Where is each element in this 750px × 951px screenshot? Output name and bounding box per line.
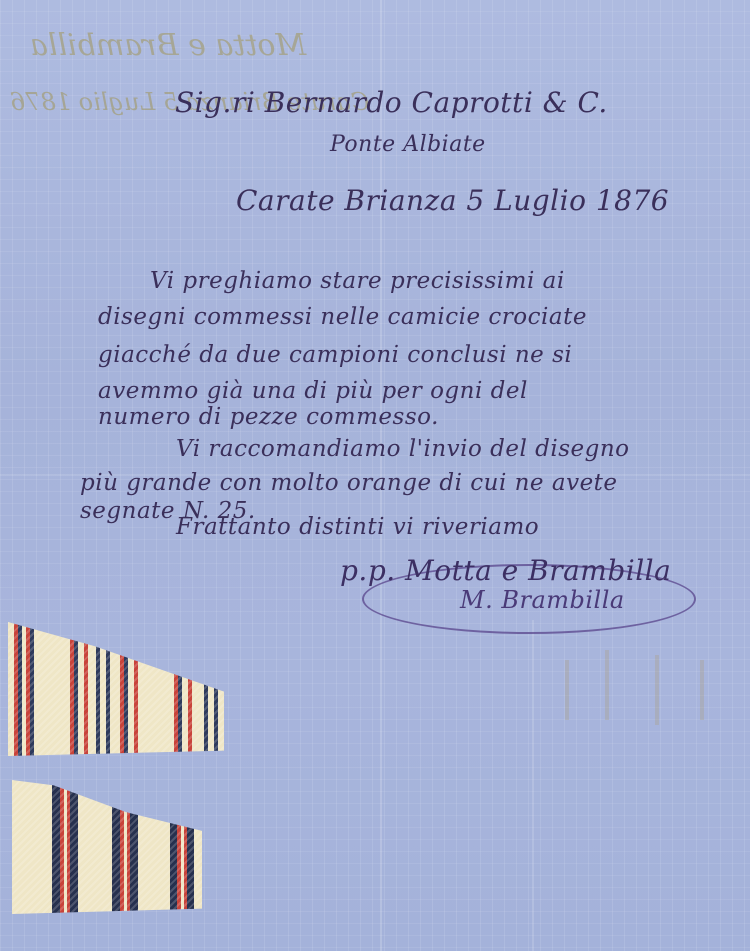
fabric-swatch-2 — [12, 780, 202, 914]
body-line: Vi raccomandiamo l'invio del disegno — [176, 436, 630, 462]
stain-mark — [605, 650, 609, 720]
fold-crease-vertical-lower — [532, 620, 534, 951]
addressee: Sig.ri Bernardo Caprotti & C. — [175, 86, 608, 119]
stain-mark — [655, 655, 659, 725]
body-line: avemmo già una di più per ogni del — [98, 378, 528, 404]
stain-mark — [700, 660, 704, 720]
signature-signer: M. Brambilla — [460, 586, 625, 614]
body-line: numero di pezze commesso. — [98, 404, 439, 430]
signature-firm: p.p. Motta e Brambilla — [340, 554, 671, 587]
body-line: Vi preghiamo stare precisissimi ai — [150, 268, 565, 294]
addressee-place: Ponte Albiate — [330, 132, 486, 157]
fabric-swatch-1 — [8, 622, 224, 756]
body-line: disegni commessi nelle camicie crociate — [98, 304, 587, 330]
letter-sheet: Motta e Brambilla Carate Brianza 5 Lugli… — [0, 0, 750, 951]
body-line: più grande con molto orange di cui ne av… — [80, 470, 618, 496]
bleed-through-text: Motta e Brambilla — [30, 28, 306, 63]
body-line: giacché da due campioni conclusi ne si — [98, 342, 572, 368]
dateline: Carate Brianza 5 Luglio 1876 — [236, 184, 669, 217]
stain-mark — [565, 660, 569, 720]
closing-line: Frattanto distinti vi riveriamo — [176, 514, 539, 540]
